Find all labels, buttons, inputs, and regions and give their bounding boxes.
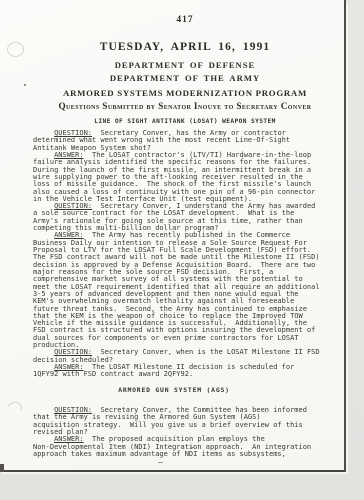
scan-speck [158, 462, 163, 463]
program-title: ARMORED SYSTEMS MODERNIZATION PROGRAM [25, 88, 345, 98]
losat-section-title: LINE OF SIGHT ANTITANK (LOSAT) WEAPON SY… [25, 118, 345, 125]
hole-punch-mark-top [7, 42, 24, 57]
typed-line: 1QFY92 with FSD contract award 2QFY92. [33, 371, 333, 378]
page-edge-mark [0, 464, 4, 472]
department-of-defense-line: DEPARTMENT OF DEFENSE [25, 60, 345, 70]
scan-speck [24, 84, 26, 86]
department-of-army-line: DEPARTMENT OF THE ARMY [25, 73, 345, 83]
scan-speck [190, 447, 194, 448]
questions-submitted-line: Questions Submitted by Senator Inouye to… [25, 101, 345, 111]
typed-line: approach takes maximum advantage of NDI … [33, 451, 333, 458]
typed-body-text: QUESTION: Secretary Conver, has the Army… [33, 130, 333, 458]
hole-punch-mark-bottom [5, 400, 24, 417]
hearing-date-title: TUESDAY, APRIL 16, 1991 [25, 41, 345, 53]
scanned-document-page: 417 TUESDAY, APRIL 16, 1991 DEPARTMENT O… [0, 0, 346, 472]
page-number: 417 [25, 15, 345, 25]
section-heading: ARMORED GUN SYSTEM (AGS) [33, 387, 315, 394]
underlined-keyword: ANSWER: [54, 435, 84, 443]
